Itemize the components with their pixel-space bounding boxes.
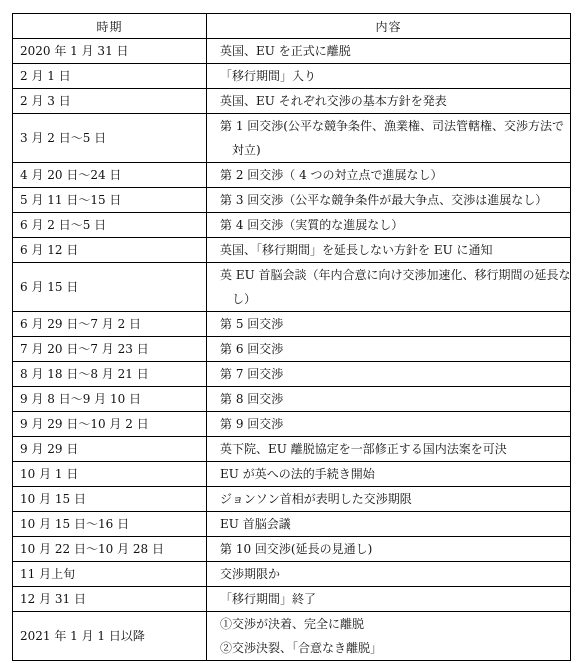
period-cell: 9 月 29 日～10 月 2 日	[13, 412, 207, 437]
table-body: 2020 年 1 月 31 日 英国、EU を正式に離脱 2 月 1 日 「移行…	[13, 39, 571, 661]
content-line: 「移行期間」入り	[220, 64, 570, 88]
period-text: 3 月 2 日～5 日	[20, 126, 206, 150]
content-cell: 第 7 回交渉	[207, 362, 571, 387]
table-row: 10 月 15 日 ジョンソン首相が表明した交渉期限	[13, 487, 571, 512]
content-line: ②交渉決裂、「合意なき離脱」	[220, 636, 570, 660]
content-cell: 第 5 回交渉	[207, 312, 571, 337]
period-text: 10 月 22 日～10 月 28 日	[20, 537, 206, 561]
period-cell: 6 月 12 日	[13, 238, 207, 263]
content-line: ①交渉が決着、完全に離脱	[220, 612, 570, 636]
period-text: 9 月 29 日～10 月 2 日	[20, 412, 206, 436]
content-line: 「移行期間」終了	[220, 587, 570, 611]
table-row: 11 月上旬 交渉期限か	[13, 562, 571, 587]
period-text: 10 月 15 日～16 日	[20, 512, 206, 536]
content-line: 英国、「移行期間」を延長しない方針を EU に通知	[220, 238, 570, 262]
content-line: 第 9 回交渉	[220, 412, 570, 436]
content-cell: 英国、EU それぞれ交渉の基本方針を発表	[207, 89, 571, 114]
period-cell: 9 月 29 日	[13, 437, 207, 462]
content-cell: 英 EU 首脳会談（年内合意に向け交渉加速化、移行期間の延長なし）	[207, 263, 571, 312]
period-text: 6 月 29 日～7 月 2 日	[20, 312, 206, 336]
period-text: 12 月 31 日	[20, 587, 206, 611]
content-cell: 第 10 回交渉(延長の見通し)	[207, 537, 571, 562]
table-row: 4 月 20 日～24 日 第 2 回交渉（ 4 つの対立点で進展なし）	[13, 163, 571, 188]
table-row: 5 月 11 日～15 日 第 3 回交渉（公平な競争条件が最大争点、交渉は進展…	[13, 188, 571, 213]
header-row: 時期 内容	[13, 14, 571, 39]
content-cell: EU 首脳会議	[207, 512, 571, 537]
period-cell: 11 月上旬	[13, 562, 207, 587]
content-line: 英国、EU それぞれ交渉の基本方針を発表	[220, 89, 570, 113]
content-line: 英下院、EU 離脱協定を一部修正する国内法案を可決	[220, 437, 570, 461]
period-cell: 7 月 20 日～7 月 23 日	[13, 337, 207, 362]
period-text: 2021 年 1 月 1 日以降	[20, 624, 206, 648]
table-row: 6 月 15 日 英 EU 首脳会談（年内合意に向け交渉加速化、移行期間の延長な…	[13, 263, 571, 312]
period-cell: 6 月 2 日～5 日	[13, 213, 207, 238]
content-line: 第 6 回交渉	[220, 337, 570, 361]
header-content: 内容	[207, 14, 571, 39]
table-row: 2021 年 1 月 1 日以降 ①交渉が決着、完全に離脱②交渉決裂、「合意なき…	[13, 612, 571, 661]
content-line: 第 7 回交渉	[220, 362, 570, 386]
period-cell: 10 月 1 日	[13, 462, 207, 487]
content-cell: 第 6 回交渉	[207, 337, 571, 362]
content-cell: EU が英への法的手続き開始	[207, 462, 571, 487]
table-row: 6 月 29 日～7 月 2 日 第 5 回交渉	[13, 312, 571, 337]
period-cell: 4 月 20 日～24 日	[13, 163, 207, 188]
period-text: 2020 年 1 月 31 日	[20, 39, 206, 63]
content-cell: 第 1 回交渉(公平な競争条件、漁業権、司法管轄権、交渉方法で対立)	[207, 114, 571, 163]
content-cell: 英下院、EU 離脱協定を一部修正する国内法案を可決	[207, 437, 571, 462]
content-cell: 英国、「移行期間」を延長しない方針を EU に通知	[207, 238, 571, 263]
content-cell: 英国、EU を正式に離脱	[207, 39, 571, 64]
table-row: 9 月 29 日 英下院、EU 離脱協定を一部修正する国内法案を可決	[13, 437, 571, 462]
period-cell: 2 月 1 日	[13, 64, 207, 89]
content-line: 交渉期限か	[220, 562, 570, 586]
period-text: 10 月 1 日	[20, 462, 206, 486]
period-cell: 2020 年 1 月 31 日	[13, 39, 207, 64]
period-cell: 8 月 18 日～8 月 21 日	[13, 362, 207, 387]
table-row: 6 月 12 日 英国、「移行期間」を延長しない方針を EU に通知	[13, 238, 571, 263]
period-cell: 10 月 15 日	[13, 487, 207, 512]
period-text: 9 月 29 日	[20, 437, 206, 461]
table-row: 12 月 31 日 「移行期間」終了	[13, 587, 571, 612]
table-row: 6 月 2 日～5 日 第 4 回交渉（実質的な進展なし）	[13, 213, 571, 238]
period-cell: 2 月 3 日	[13, 89, 207, 114]
period-text: 6 月 15 日	[20, 275, 206, 299]
content-cell: ジョンソン首相が表明した交渉期限	[207, 487, 571, 512]
table-row: 2020 年 1 月 31 日 英国、EU を正式に離脱	[13, 39, 571, 64]
period-text: 2 月 3 日	[20, 89, 206, 113]
content-cell: 第 8 回交渉	[207, 387, 571, 412]
table-row: 2 月 1 日 「移行期間」入り	[13, 64, 571, 89]
period-text: 5 月 11 日～15 日	[20, 188, 206, 212]
table-row: 9 月 8 日～9 月 10 日 第 8 回交渉	[13, 387, 571, 412]
content-line: 英国、EU を正式に離脱	[220, 39, 570, 63]
period-text: 10 月 15 日	[20, 487, 206, 511]
document-page: 時期 内容 2020 年 1 月 31 日 英国、EU を正式に離脱 2 月 1…	[0, 0, 583, 663]
period-cell: 6 月 29 日～7 月 2 日	[13, 312, 207, 337]
table-row: 2 月 3 日 英国、EU それぞれ交渉の基本方針を発表	[13, 89, 571, 114]
content-line: 第 10 回交渉(延長の見通し)	[220, 537, 570, 561]
period-cell: 6 月 15 日	[13, 263, 207, 312]
table-row: 3 月 2 日～5 日 第 1 回交渉(公平な競争条件、漁業権、司法管轄権、交渉…	[13, 114, 571, 163]
content-cell: 「移行期間」入り	[207, 64, 571, 89]
period-text: 6 月 2 日～5 日	[20, 213, 206, 237]
content-cell: 「移行期間」終了	[207, 587, 571, 612]
table-row: 8 月 18 日～8 月 21 日 第 7 回交渉	[13, 362, 571, 387]
table-row: 7 月 20 日～7 月 23 日 第 6 回交渉	[13, 337, 571, 362]
period-text: 4 月 20 日～24 日	[20, 163, 206, 187]
period-cell: 12 月 31 日	[13, 587, 207, 612]
table-row: 10 月 1 日 EU が英への法的手続き開始	[13, 462, 571, 487]
content-line: 第 5 回交渉	[220, 312, 570, 336]
content-cell: 第 3 回交渉（公平な競争条件が最大争点、交渉は進展なし）	[207, 188, 571, 213]
content-line: 第 3 回交渉（公平な競争条件が最大争点、交渉は進展なし）	[220, 188, 570, 212]
content-line: 第 1 回交渉(公平な競争条件、漁業権、司法管轄権、交渉方法で	[220, 114, 570, 138]
content-line: ジョンソン首相が表明した交渉期限	[220, 487, 570, 511]
content-cell: 第 9 回交渉	[207, 412, 571, 437]
period-text: 2 月 1 日	[20, 64, 206, 88]
period-text: 7 月 20 日～7 月 23 日	[20, 337, 206, 361]
brexit-timeline-table: 時期 内容 2020 年 1 月 31 日 英国、EU を正式に離脱 2 月 1…	[12, 13, 571, 661]
content-line: し）	[220, 287, 570, 311]
table-row: 9 月 29 日～10 月 2 日 第 9 回交渉	[13, 412, 571, 437]
period-text: 8 月 18 日～8 月 21 日	[20, 362, 206, 386]
content-cell: 交渉期限か	[207, 562, 571, 587]
content-line: EU 首脳会議	[220, 512, 570, 536]
period-cell: 5 月 11 日～15 日	[13, 188, 207, 213]
period-text: 6 月 12 日	[20, 238, 206, 262]
content-cell: 第 2 回交渉（ 4 つの対立点で進展なし）	[207, 163, 571, 188]
period-cell: 9 月 8 日～9 月 10 日	[13, 387, 207, 412]
period-text: 9 月 8 日～9 月 10 日	[20, 387, 206, 411]
content-line: 第 2 回交渉（ 4 つの対立点で進展なし）	[220, 163, 570, 187]
period-cell: 2021 年 1 月 1 日以降	[13, 612, 207, 661]
table-row: 10 月 15 日～16 日 EU 首脳会議	[13, 512, 571, 537]
content-cell: 第 4 回交渉（実質的な進展なし）	[207, 213, 571, 238]
content-line: EU が英への法的手続き開始	[220, 462, 570, 486]
content-line: 第 4 回交渉（実質的な進展なし）	[220, 213, 570, 237]
content-line: 対立)	[220, 138, 570, 162]
period-cell: 10 月 15 日～16 日	[13, 512, 207, 537]
period-cell: 10 月 22 日～10 月 28 日	[13, 537, 207, 562]
content-cell: ①交渉が決着、完全に離脱②交渉決裂、「合意なき離脱」	[207, 612, 571, 661]
content-line: 英 EU 首脳会談（年内合意に向け交渉加速化、移行期間の延長な	[220, 263, 570, 287]
period-cell: 3 月 2 日～5 日	[13, 114, 207, 163]
table-row: 10 月 22 日～10 月 28 日 第 10 回交渉(延長の見通し)	[13, 537, 571, 562]
header-period: 時期	[13, 14, 207, 39]
content-line: 第 8 回交渉	[220, 387, 570, 411]
period-text: 11 月上旬	[20, 562, 206, 586]
